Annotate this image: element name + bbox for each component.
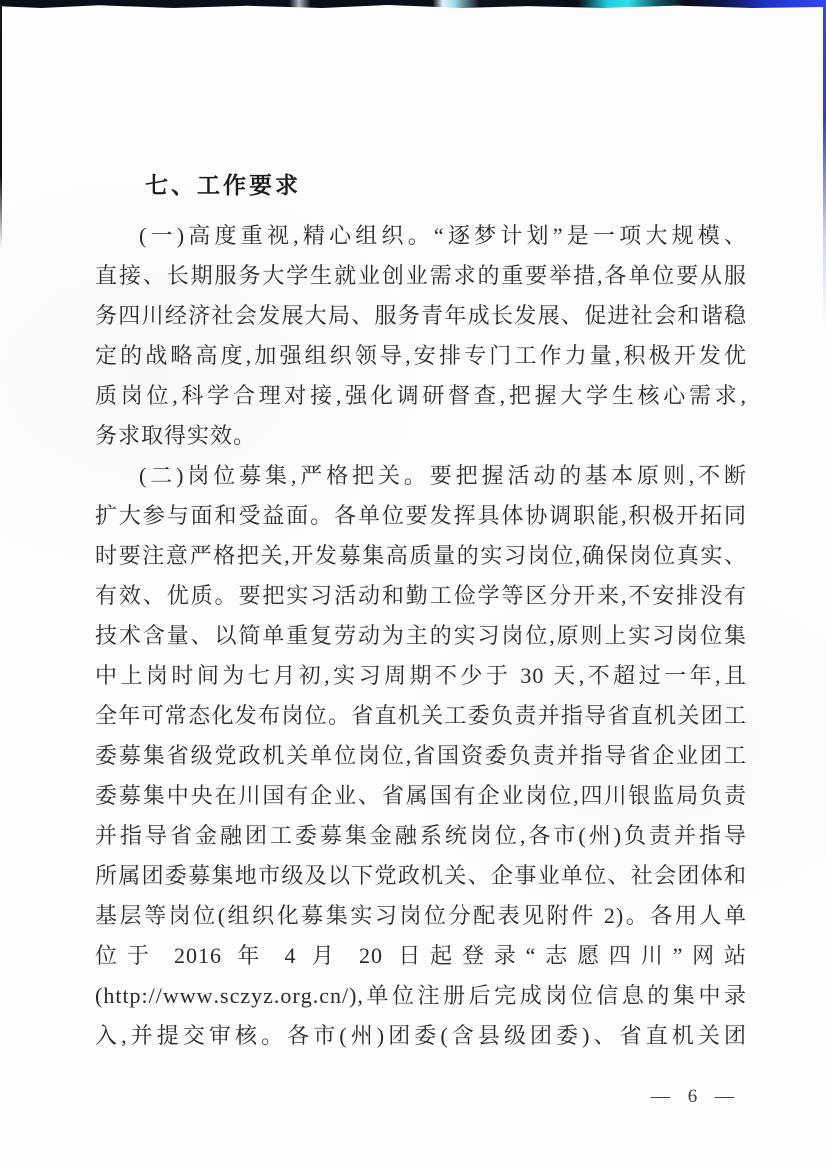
text-line: 直接、长期服务大学生就业创业需求的重要举措,各单位要从服 xyxy=(95,256,747,296)
text-line: 委募集省级党政机关单位岗位,省国资委负责并指导省企业团工 xyxy=(95,736,747,776)
text-line: 时要注意严格把关,开发募集高质量的实习岗位,确保岗位真实、 xyxy=(95,536,747,576)
text-line: 定的战略高度,加强组织领导,安排专门工作力量,积极开发优 xyxy=(95,336,747,376)
text-line: 全年可常态化发布岗位。省直机关工委负责并指导省直机关团工 xyxy=(95,696,747,736)
text-line: (二)岗位募集,严格把关。要把握活动的基本原则,不断 xyxy=(95,456,747,496)
page-number: — 6 — xyxy=(651,1086,734,1108)
text-line: (一)高度重视,精心组织。“逐梦计划”是一项大规模、 xyxy=(95,216,747,256)
paragraph-2: (二)岗位募集,严格把关。要把握活动的基本原则,不断 扩大参与面和受益面。各单位… xyxy=(95,456,747,1056)
text-line: 有效、优质。要把实习活动和勤工俭学等区分开来,不安排没有 xyxy=(95,576,747,616)
text-line: (http://www.sczyz.org.cn/),单位注册后完成岗位信息的集… xyxy=(95,976,747,1016)
text-line: 所属团委募集地市级及以下党政机关、企事业单位、社会团体和 xyxy=(95,856,747,896)
scan-top-edge-artifact xyxy=(0,0,826,8)
text-line: 务求取得实效。 xyxy=(95,416,747,456)
scan-left-edge-artifact xyxy=(0,6,2,248)
section-heading: 七、工作要求 xyxy=(95,170,747,200)
text-line: 中上岗时间为七月初,实习周期不少于 30 天,不超过一年,且 xyxy=(95,656,747,696)
text-line: 务四川经济社会发展大局、服务青年成长发展、促进社会和谐稳 xyxy=(95,296,747,336)
text-line: 基层等岗位(组织化募集实习岗位分配表见附件 2)。各用人单 xyxy=(95,896,747,936)
text-line: 质岗位,科学合理对接,强化调研督查,把握大学生核心需求, xyxy=(95,376,747,416)
text-line: 并指导省金融团工委募集金融系统岗位,各市(州)负责并指导 xyxy=(95,816,747,856)
text-line: 扩大参与面和受益面。各单位要发挥具体协调职能,积极开拓同 xyxy=(95,496,747,536)
paragraph-1: (一)高度重视,精心组织。“逐梦计划”是一项大规模、 直接、长期服务大学生就业创… xyxy=(95,216,747,456)
text-line: 技术含量、以简单重复劳动为主的实习岗位,原则上实习岗位集 xyxy=(95,616,747,656)
text-line: 入,并提交审核。各市(州)团委(含县级团委)、省直机关团 xyxy=(95,1016,747,1056)
text-line: 委募集中央在川国有企业、省属国有企业岗位,四川银监局负责 xyxy=(95,776,747,816)
text-line: 位于 2016 年 4 月 20 日起登录“志愿四川”网站 xyxy=(95,936,747,976)
document-body: 七、工作要求 (一)高度重视,精心组织。“逐梦计划”是一项大规模、 直接、长期服… xyxy=(95,170,747,1056)
